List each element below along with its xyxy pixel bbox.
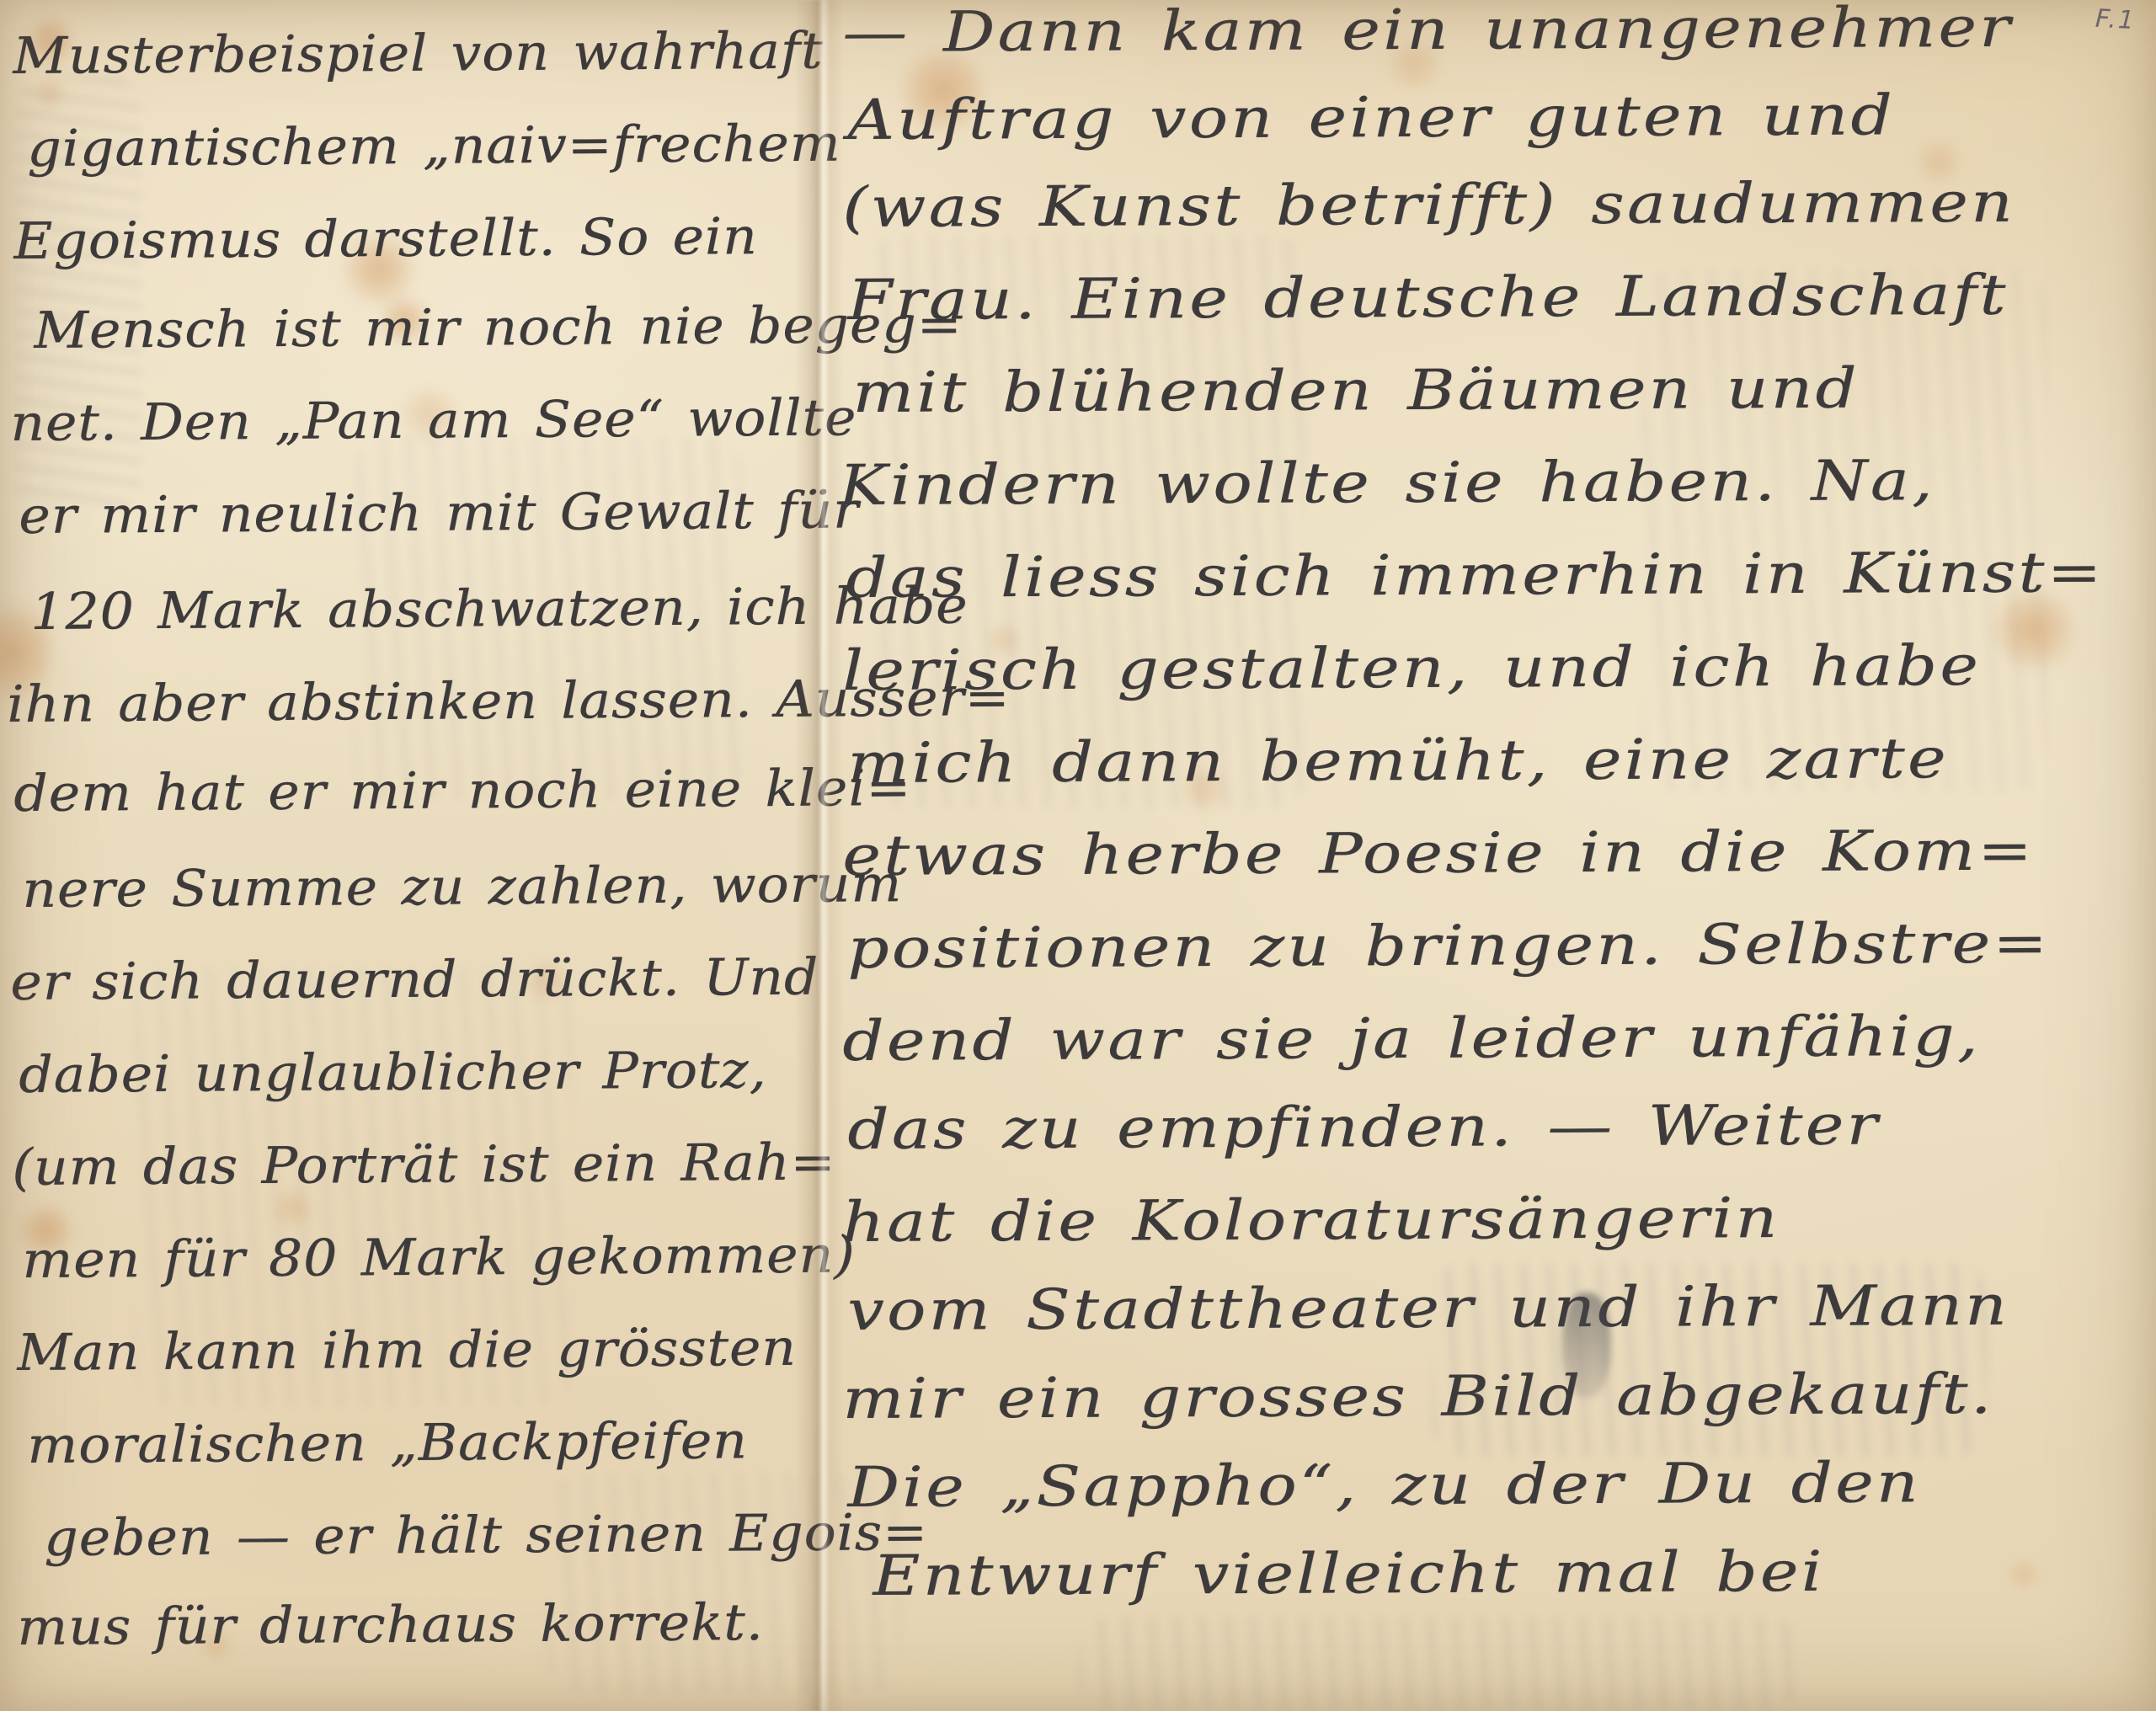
handwriting-line: das zu empfinden. — Weiter	[847, 1092, 1881, 1162]
handwriting-line: net. Den „Pan am See“ wollte	[10, 388, 857, 453]
handwriting-line: (was Kunst betrifft) saudummen	[842, 170, 2015, 240]
handwriting-line: mus für durchaus korrekt.	[17, 1593, 764, 1657]
handwriting-line: Entwurf vielleicht mal bei	[873, 1539, 1825, 1608]
handwriting-line: Auftrag von einer guten und	[847, 83, 1895, 152]
handwriting-line: gigantischem „naiv=frechem	[27, 115, 841, 179]
handwriting-line: mir ein grosses Bild abgekauft.	[842, 1362, 1994, 1431]
handwriting-line: lerisch gestalten, und ich habe	[842, 633, 1981, 703]
handwriting-line: (um das Porträt ist ein Rah=	[12, 1133, 835, 1197]
handwriting-line: geben — er hält seinen Egois=	[44, 1503, 928, 1568]
handwriting-line: hat die Koloratursängerin	[842, 1186, 1780, 1255]
handwriting-line: dend war sie ja leider unfähig,	[842, 1004, 1981, 1074]
handwriting-line: mich dann bemüht, eine zarte	[847, 726, 1949, 796]
letter-scan: F.1 Musterbeispiel von wahrhaft gigantis…	[0, 0, 2156, 1711]
handwriting-line: men für 80 Mark gekommen)	[22, 1225, 856, 1290]
foxing-stain	[2004, 1558, 2043, 1591]
folio-annotation: F.1	[2095, 4, 2137, 35]
handwriting-line: Frau. Eine deutsche Landschaft	[847, 263, 2009, 333]
handwriting-line: Musterbeispiel von wahrhaft	[13, 22, 824, 86]
handwriting-line: Die „Sappho“, zu der Du den	[847, 1450, 1921, 1520]
handwriting-line: Mensch ist mir noch nie begeg=	[34, 296, 963, 360]
handwriting-line: er sich dauernd drückt. Und	[10, 948, 819, 1012]
handwriting-line: moralischen „Backpfeifen	[27, 1411, 748, 1475]
bleedthrough-smudge	[1642, 269, 2047, 792]
handwriting-line: Kindern wollte sie haben. Na,	[839, 448, 1935, 518]
handwriting-line: 120 Mark abschwatzen, ich habe	[30, 577, 969, 642]
handwriting-line: dem hat er mir noch eine klei=	[13, 759, 911, 824]
handwriting-line: mit blühenden Bäumen und	[852, 356, 1860, 425]
handwriting-line: er mir neulich mit Gewalt für	[19, 481, 859, 546]
handwriting-line: Egoismus darstellt. So ein	[13, 207, 758, 271]
handwriting-line: vom Stadttheater und ihr Mann	[847, 1273, 2009, 1343]
handwriting-line: positionen zu bringen. Selbstre=	[847, 911, 2050, 981]
handwriting-line: etwas herbe Poesie in die Kom=	[842, 818, 2035, 888]
handwriting-line: das liess sich immerhin in Künst=	[846, 540, 2105, 610]
handwriting-line: Man kann ihm die grössten	[17, 1319, 797, 1383]
handwriting-line: dabei unglaublicher Protz,	[19, 1041, 767, 1105]
handwriting-line: nere Summe zu zahlen, worum	[22, 855, 902, 919]
handwriting-line: — Dann kam ein unangenehmer	[842, 0, 2013, 65]
bleedthrough-smudge	[1078, 1617, 1802, 1709]
